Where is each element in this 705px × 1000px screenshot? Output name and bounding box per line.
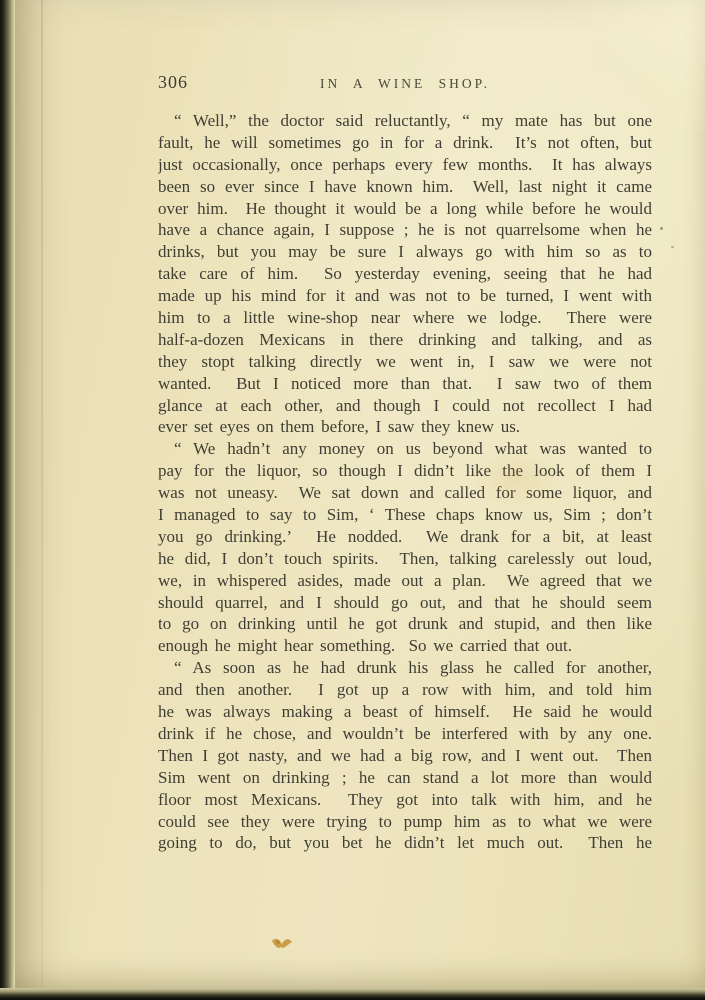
running-title: IN A WINE SHOP. [158, 76, 652, 92]
text-line: just occasionally, once perhaps every fe… [158, 154, 652, 176]
ink-stain [269, 934, 295, 954]
text-line: drinks, but you may be sure I always go … [158, 241, 652, 263]
text-line: was not uneasy. We sat down and called f… [158, 482, 652, 504]
page-bottom-edge [0, 988, 705, 1000]
text-line: enough he might hear something. So we ca… [158, 635, 652, 657]
text-line: they stopt talking directly we went in, … [158, 351, 652, 373]
text-line: you go drinking.’ He nodded. We drank fo… [158, 526, 652, 548]
text-line: over him. He thought it would be a long … [158, 198, 652, 220]
text-line: glance at each other, and though I could… [158, 395, 652, 417]
text-line: made up his mind for it and was not to b… [158, 285, 652, 307]
text-line: take care of him. So yesterday evening, … [158, 263, 652, 285]
paragraph-2: “ We hadn’t any money on us beyond what … [158, 438, 652, 657]
text-line: ever set eyes on them before, I saw they… [158, 416, 652, 438]
text-line: half-a-dozen Mexicans in there drinking … [158, 329, 652, 351]
paper-speck [671, 246, 674, 248]
text-line: “ As soon as he had drunk his glass he c… [158, 657, 652, 679]
text-line: he was always making a beast of himself.… [158, 701, 652, 723]
text-line: Then I got nasty, and we had a big row, … [158, 745, 652, 767]
text-line: drink if he chose, and wouldn’t be inter… [158, 723, 652, 745]
text-line: pay for the liquor, so though I didn’t l… [158, 460, 652, 482]
paper-speck [660, 227, 663, 230]
text-line: going to do, but you bet he didn’t let m… [158, 832, 652, 854]
page-header: 306 IN A WINE SHOP. [158, 72, 652, 96]
text-block: “ Well,” the doctor said reluctantly, “ … [158, 110, 652, 854]
text-line: should quarrel, and I should go out, and… [158, 592, 652, 614]
text-line: “ Well,” the doctor said reluctantly, “ … [158, 110, 652, 132]
text-line: to go on drinking until he got drunk and… [158, 613, 652, 635]
page-paper: 306 IN A WINE SHOP. “ Well,” the doctor … [15, 0, 705, 990]
paragraph-3: “ As soon as he had drunk his glass he c… [158, 657, 652, 854]
text-line: him to a little wine-shop near where we … [158, 307, 652, 329]
paper-smudge [470, 448, 560, 508]
text-line: and then another. I got up a row with hi… [158, 679, 652, 701]
text-line: “ We hadn’t any money on us beyond what … [158, 438, 652, 460]
text-line: could see they were trying to pump him a… [158, 811, 652, 833]
text-line: I managed to say to Sim, ‘ These chaps k… [158, 504, 652, 526]
text-line: floor most Mexicans. They got into talk … [158, 789, 652, 811]
text-line: been so ever since I have known him. Wel… [158, 176, 652, 198]
text-line: he did, I don’t touch spirits. Then, tal… [158, 548, 652, 570]
text-line: Sim went on drinking ; he can stand a lo… [158, 767, 652, 789]
book-page-scan: 306 IN A WINE SHOP. “ Well,” the doctor … [0, 0, 705, 1000]
text-line: wanted. But I noticed more than that. I … [158, 373, 652, 395]
text-line: we, in whispered asides, made out a plan… [158, 570, 652, 592]
text-line: have a chance again, I suppose ; he is n… [158, 219, 652, 241]
text-line: fault, he will sometimes go in for a dri… [158, 132, 652, 154]
book-binding-edge [0, 0, 15, 1000]
paragraph-1: “ Well,” the doctor said reluctantly, “ … [158, 110, 652, 438]
